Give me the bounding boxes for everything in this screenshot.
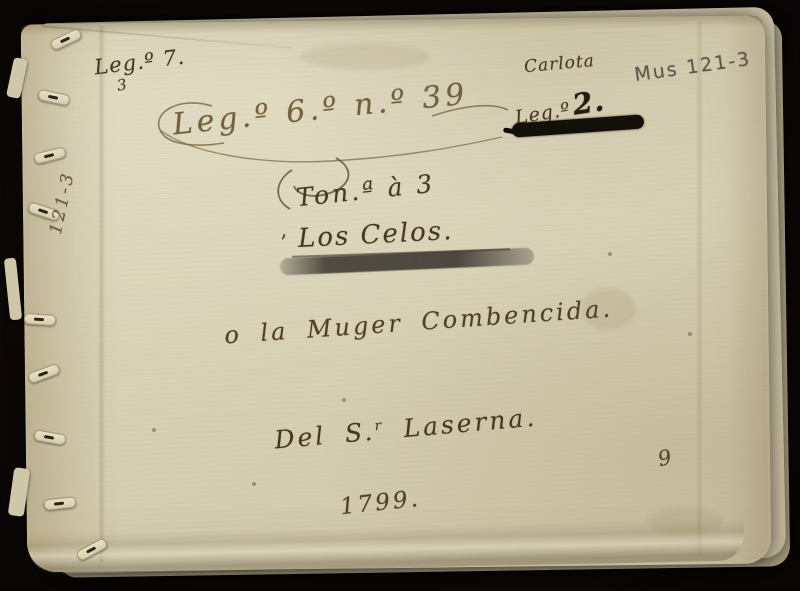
stitch-hole (60, 36, 70, 43)
vertical-fold-crease-right (696, 22, 703, 556)
spine-shading (21, 23, 123, 572)
foxing-spot (152, 428, 156, 432)
stitch-hole (44, 153, 54, 158)
stitch-hole (48, 95, 58, 100)
vertical-fold-crease-left (98, 26, 105, 562)
legajo-number-overwritten: 2. (570, 83, 607, 122)
stitch-hole (38, 371, 48, 377)
stitch-hole (86, 546, 96, 553)
foxing-spot (608, 252, 612, 256)
paper-stain (300, 44, 430, 70)
foxing-spot (688, 332, 692, 336)
stitch-hole (34, 318, 44, 322)
stitch-hole (54, 502, 64, 506)
foxing-spot (252, 482, 256, 486)
torn-paper-scrap (4, 258, 22, 321)
paper-stain (648, 508, 722, 534)
stitch-hole (38, 208, 48, 214)
foxing-spot (342, 398, 346, 402)
binding-stitch (24, 313, 57, 326)
stitch-hole (44, 435, 54, 440)
right-edge-shading (723, 15, 772, 563)
manuscript-photo: Leg.º 7. 3 Carlota Mus 121-3 Leg.º2. Leg… (0, 0, 800, 591)
